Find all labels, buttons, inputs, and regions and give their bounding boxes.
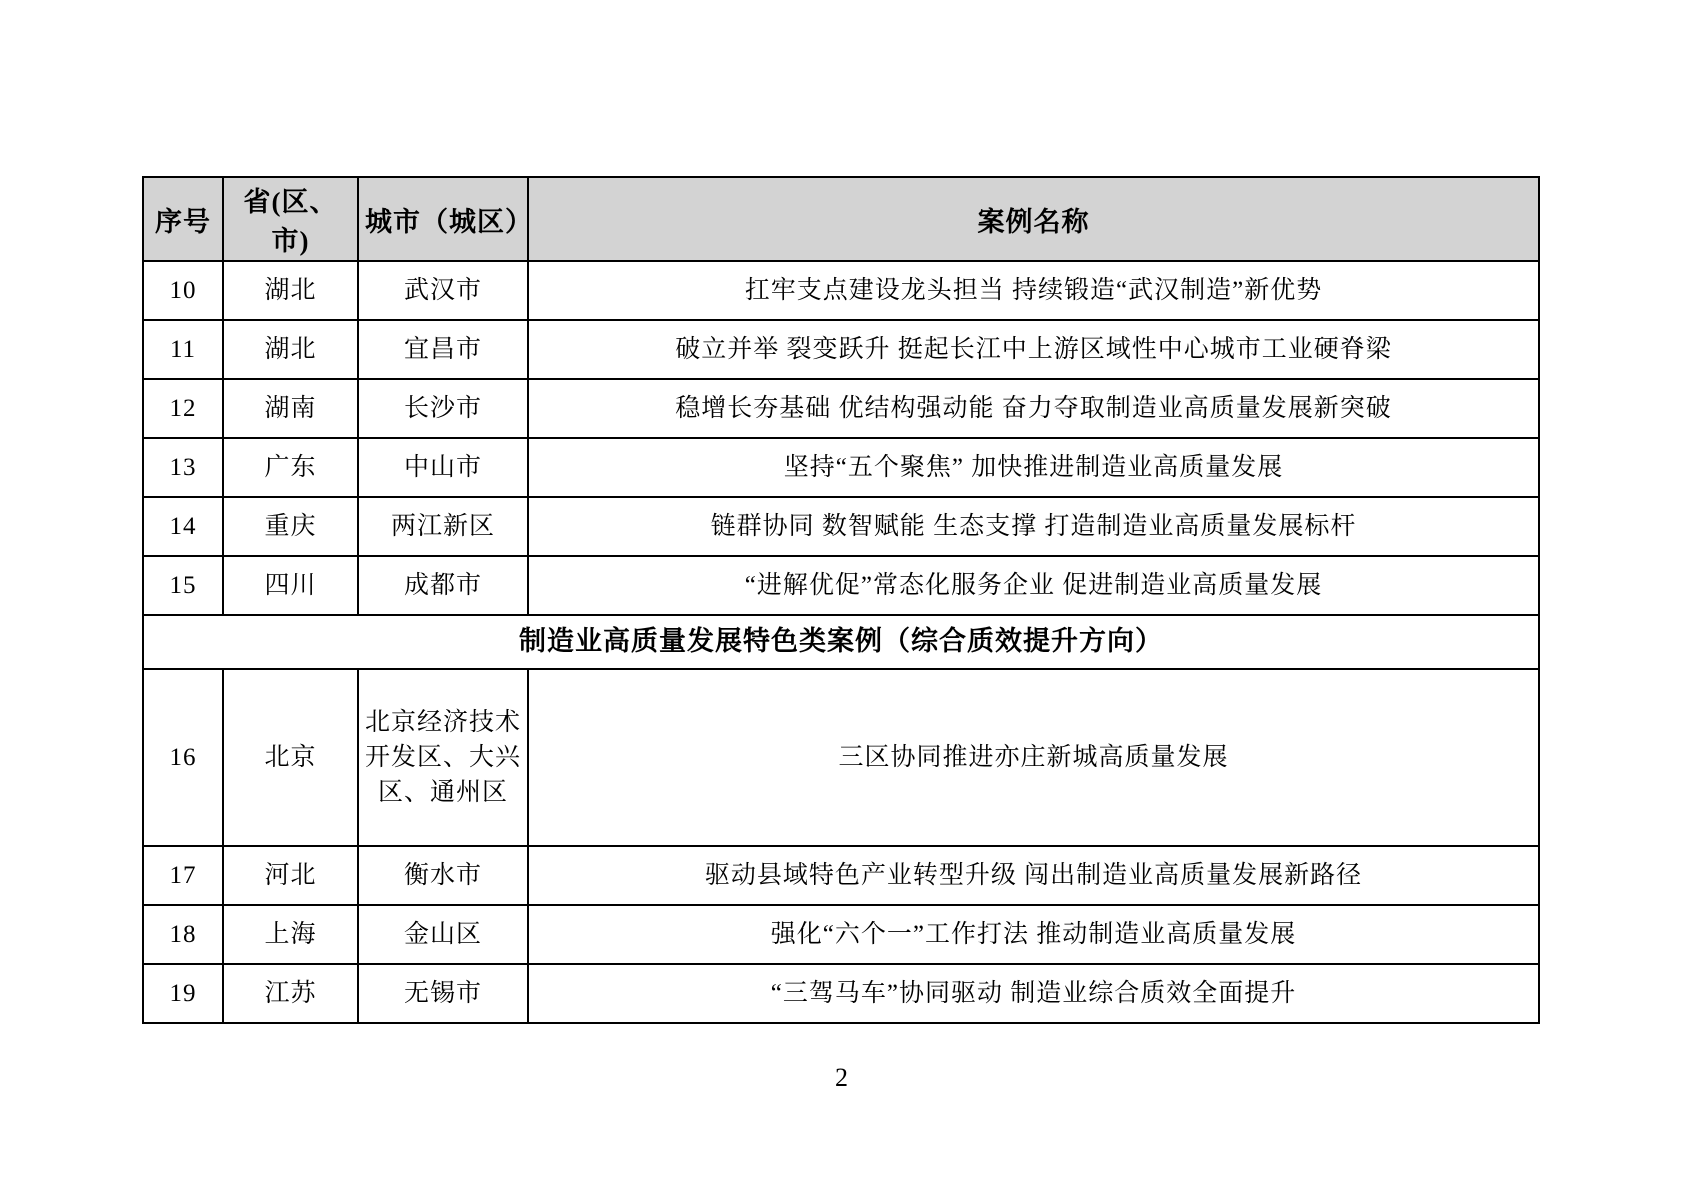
row-no: 15	[143, 556, 223, 615]
province-cell: 四川	[223, 556, 358, 615]
section-divider-row: 制造业高质量发展特色类案例（综合质效提升方向）	[143, 615, 1539, 669]
row-no: 10	[143, 261, 223, 320]
city-cell: 衡水市	[358, 846, 528, 905]
row-no: 12	[143, 379, 223, 438]
table-header-row: 序号 省(区、市) 城市（城区） 案例名称	[143, 177, 1539, 261]
case-name-cell: “三驾马车”协同驱动 制造业综合质效全面提升	[528, 964, 1539, 1023]
row-no: 19	[143, 964, 223, 1023]
table-row: 17 河北 衡水市 驱动县域特色产业转型升级 闯出制造业高质量发展新路径	[143, 846, 1539, 905]
city-cell: 长沙市	[358, 379, 528, 438]
case-name-cell: 坚持“五个聚焦” 加快推进制造业高质量发展	[528, 438, 1539, 497]
header-case-name: 案例名称	[528, 177, 1539, 261]
table-row: 11 湖北 宜昌市 破立并举 裂变跃升 挺起长江中上游区域性中心城市工业硬脊梁	[143, 320, 1539, 379]
header-province: 省(区、市)	[223, 177, 358, 261]
table-row: 10 湖北 武汉市 扛牢支点建设龙头担当 持续锻造“武汉制造”新优势	[143, 261, 1539, 320]
document-page: 序号 省(区、市) 城市（城区） 案例名称 10 湖北 武汉市 扛牢支点建设龙头…	[0, 0, 1683, 1190]
row-no: 14	[143, 497, 223, 556]
city-cell: 武汉市	[358, 261, 528, 320]
city-cell: 成都市	[358, 556, 528, 615]
row-no: 16	[143, 669, 223, 846]
case-name-cell: 驱动县域特色产业转型升级 闯出制造业高质量发展新路径	[528, 846, 1539, 905]
table-row: 15 四川 成都市 “进解优促”常态化服务企业 促进制造业高质量发展	[143, 556, 1539, 615]
row-no: 18	[143, 905, 223, 964]
province-cell: 湖北	[223, 320, 358, 379]
header-city: 城市（城区）	[358, 177, 528, 261]
table-row: 18 上海 金山区 强化“六个一”工作打法 推动制造业高质量发展	[143, 905, 1539, 964]
table-row: 14 重庆 两江新区 链群协同 数智赋能 生态支撑 打造制造业高质量发展标杆	[143, 497, 1539, 556]
city-cell: 宜昌市	[358, 320, 528, 379]
table-row: 19 江苏 无锡市 “三驾马车”协同驱动 制造业综合质效全面提升	[143, 964, 1539, 1023]
city-cell: 两江新区	[358, 497, 528, 556]
province-cell: 重庆	[223, 497, 358, 556]
city-cell: 无锡市	[358, 964, 528, 1023]
case-name-cell: 强化“六个一”工作打法 推动制造业高质量发展	[528, 905, 1539, 964]
section-title: 制造业高质量发展特色类案例（综合质效提升方向）	[143, 615, 1539, 669]
row-no: 13	[143, 438, 223, 497]
city-cell: 金山区	[358, 905, 528, 964]
case-table: 序号 省(区、市) 城市（城区） 案例名称 10 湖北 武汉市 扛牢支点建设龙头…	[142, 176, 1540, 1024]
province-cell: 河北	[223, 846, 358, 905]
table-row: 12 湖南 长沙市 稳增长夯基础 优结构强动能 奋力夺取制造业高质量发展新突破	[143, 379, 1539, 438]
table-row: 16 北京 北京经济技术开发区、大兴区、通州区 三区协同推进亦庄新城高质量发展	[143, 669, 1539, 846]
page-number: 2	[0, 1063, 1683, 1093]
city-cell: 北京经济技术开发区、大兴区、通州区	[358, 669, 528, 846]
case-name-cell: 链群协同 数智赋能 生态支撑 打造制造业高质量发展标杆	[528, 497, 1539, 556]
row-no: 11	[143, 320, 223, 379]
case-name-cell: 破立并举 裂变跃升 挺起长江中上游区域性中心城市工业硬脊梁	[528, 320, 1539, 379]
case-name-cell: 三区协同推进亦庄新城高质量发展	[528, 669, 1539, 846]
row-no: 17	[143, 846, 223, 905]
province-cell: 上海	[223, 905, 358, 964]
case-name-cell: 稳增长夯基础 优结构强动能 奋力夺取制造业高质量发展新突破	[528, 379, 1539, 438]
case-name-cell: 扛牢支点建设龙头担当 持续锻造“武汉制造”新优势	[528, 261, 1539, 320]
province-cell: 江苏	[223, 964, 358, 1023]
province-cell: 北京	[223, 669, 358, 846]
case-name-cell: “进解优促”常态化服务企业 促进制造业高质量发展	[528, 556, 1539, 615]
province-cell: 湖南	[223, 379, 358, 438]
city-cell: 中山市	[358, 438, 528, 497]
province-cell: 广东	[223, 438, 358, 497]
province-cell: 湖北	[223, 261, 358, 320]
table-row: 13 广东 中山市 坚持“五个聚焦” 加快推进制造业高质量发展	[143, 438, 1539, 497]
header-no: 序号	[143, 177, 223, 261]
